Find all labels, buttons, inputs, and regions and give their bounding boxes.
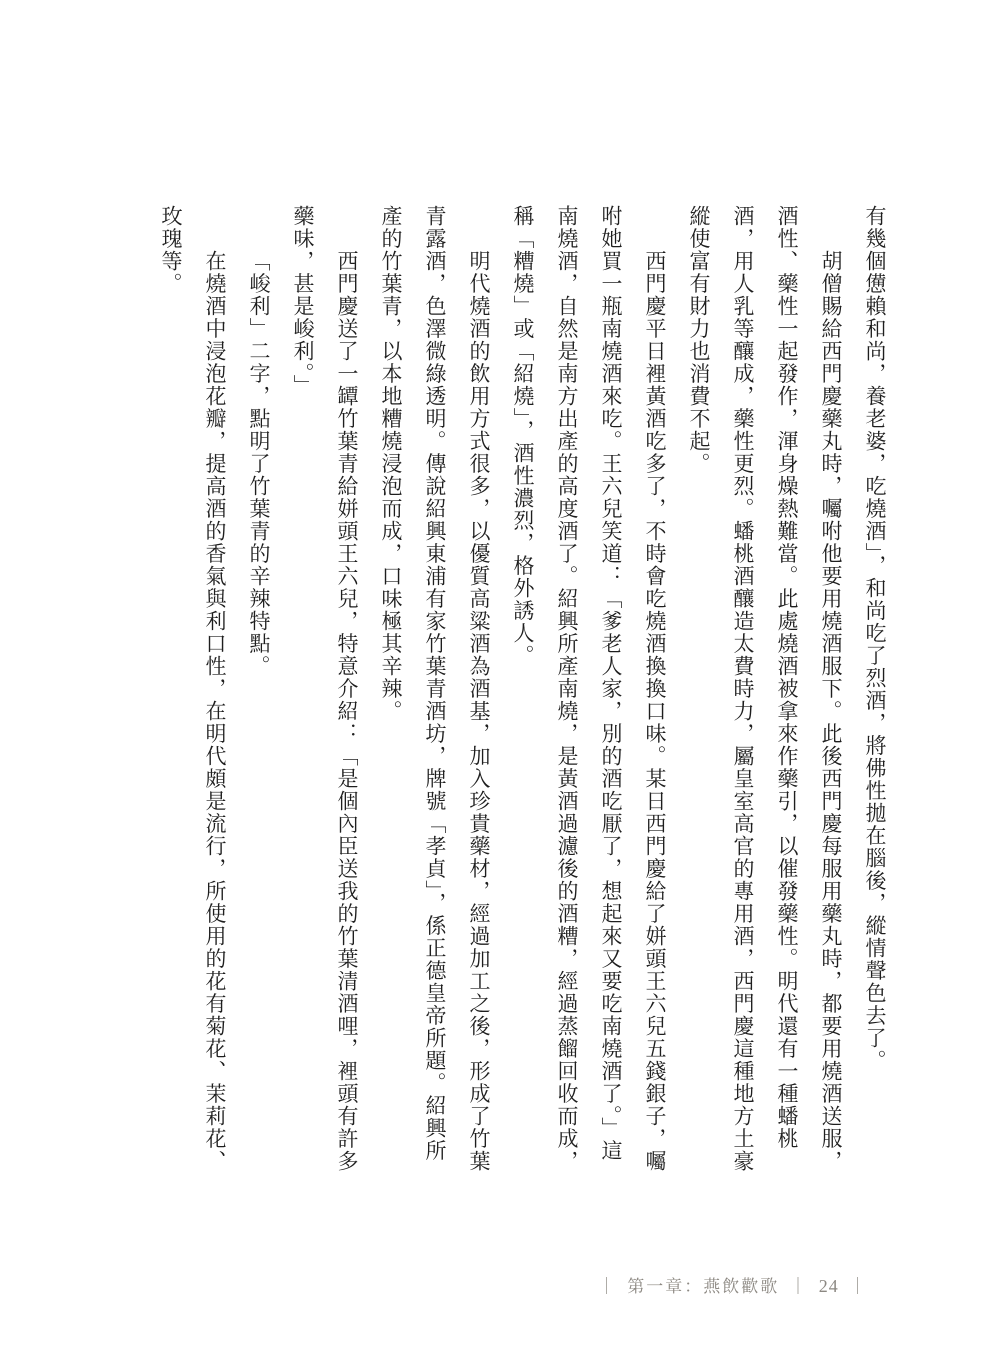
paragraph: 西門慶平日裡黃酒吃多了，不時會吃燒酒換換口味。某日西門慶給了姘頭王六兒五錢銀子，… bbox=[501, 205, 677, 1173]
footer-divider: ｜ bbox=[845, 1277, 872, 1296]
chapter-title: 第一章：燕飲歡歌 bbox=[627, 1277, 779, 1296]
paragraph: 明代燒酒的飲用方式很多，以優質高粱酒為酒基，加入珍貴藥材，經過加工之後，形成了竹… bbox=[369, 205, 501, 1173]
paragraph: 「峻利」二字，點明了竹葉青的辛辣特點。 bbox=[237, 205, 281, 1173]
footer-divider: ｜ bbox=[594, 1277, 621, 1296]
paragraph: 在燒酒中浸泡花瓣，提高酒的香氣與利口性，在明代頗是流行，所使用的花有菊花、茉莉花… bbox=[149, 205, 237, 1173]
page-number: 24 bbox=[819, 1276, 839, 1296]
paragraph: 西門慶送了一罈竹葉青給姘頭王六兒，特意介紹：「是個內臣送我的竹葉清酒哩，裡頭有許… bbox=[281, 205, 369, 1173]
page-footer: ｜ 第一章：燕飲歡歌 ｜ 24 ｜ bbox=[594, 1272, 872, 1297]
paragraph: 胡僧賜給西門慶藥丸時，囑咐他要用燒酒服下。此後西門慶每服用藥丸時，都要用燒酒送服… bbox=[677, 205, 853, 1173]
page-text-block: 有幾個憊賴和尚，養老婆，吃燒酒」，和尚吃了烈酒，將佛性拋在腦後，縱情聲色去了。 … bbox=[149, 205, 897, 1173]
paragraph: 有幾個憊賴和尚，養老婆，吃燒酒」，和尚吃了烈酒，將佛性拋在腦後，縱情聲色去了。 bbox=[853, 205, 897, 1173]
footer-divider: ｜ bbox=[786, 1277, 813, 1296]
